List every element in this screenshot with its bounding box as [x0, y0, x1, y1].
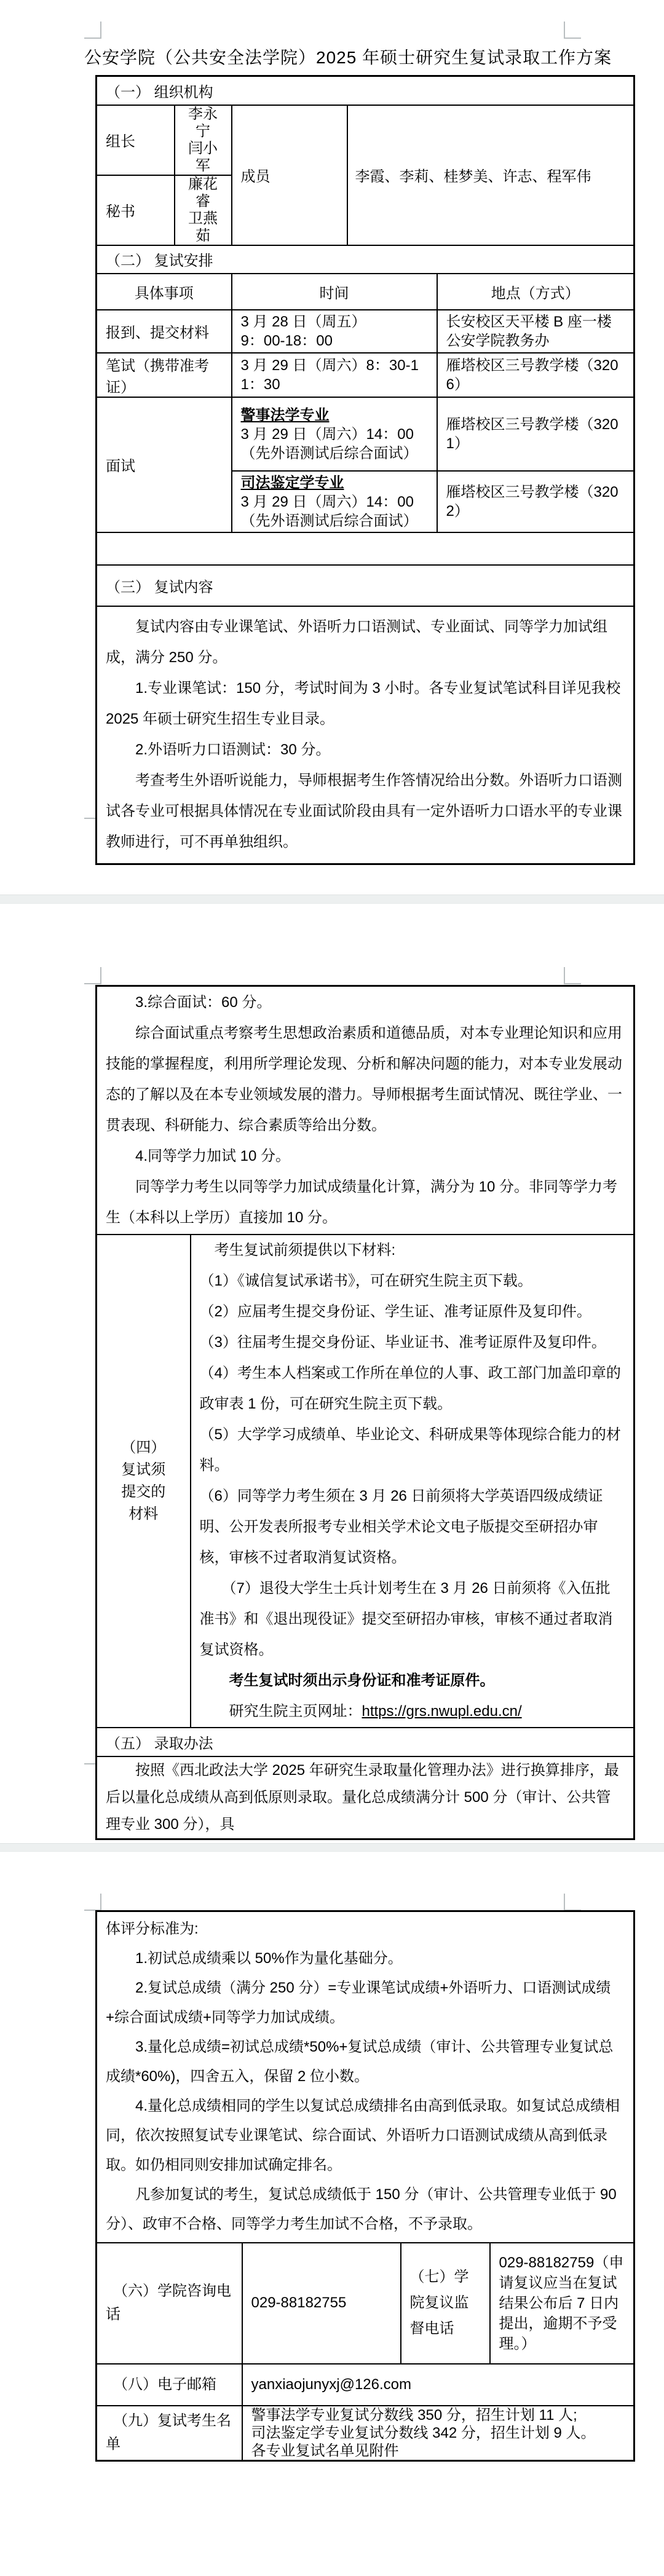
appeal-phone-note-cell: 029-88182759（申请复议应当在复试结果公布后 7 日内提出，逾期不予受…: [490, 2243, 634, 2364]
admission-paragraph-1b: 体评分标准为:: [106, 1914, 625, 1944]
forensic-major-title: 司法鉴定学专业: [241, 472, 428, 492]
admission-paragraph-2: 1.初试总成绩乘以 50%作为量化基础分。: [106, 1944, 625, 1973]
schedule-col-time: 时间: [232, 274, 437, 310]
secretary-name-1: 廉花睿: [184, 176, 223, 210]
written-item-cell: 笔试（携带准考证）: [97, 353, 232, 397]
candidates-content-cell: 警事法学专业复试分数线 350 分，招生计划 11 人; 司法鉴定学专业复试分数…: [242, 2406, 634, 2461]
website-label: 研究生院主页网址：: [229, 1703, 362, 1720]
section-header-schedule: （二） 复试安排: [97, 245, 634, 274]
secretary-names-cell: 廉花睿 卫燕茹: [175, 175, 232, 245]
materials-item-5: （5）大学学习成绩单、毕业论文、科研成果等体现综合能力的材料。: [200, 1420, 625, 1481]
admission-paragraph-3: 2.复试总成绩（满分 250 分）=专业课笔试成绩+外语听力、口语测试成绩+综合…: [106, 1973, 625, 2033]
graduate-school-link[interactable]: https://grs.nwupl.edu.cn/: [362, 1703, 522, 1720]
document-canvas: 公安学院（公共安全法学院）2025 年硕士研究生复试录取工作方案 （一） 组织机…: [0, 0, 664, 2576]
page2-top-right-corner-mark: [564, 967, 581, 984]
materials-item-7: （7）退役大学生士兵计划考生在 3 月 26 日前须将《入伍批准书》和《退出现役…: [200, 1573, 625, 1665]
checkin-time-line2: 9：00-18：00: [241, 331, 428, 350]
materials-item-6: （6）同等学力考生须在 3 月 26 日前须将大学英语四级成绩证明、公开发表所报…: [200, 1481, 625, 1573]
materials-intro: 考生复试前须提供以下材料:: [200, 1235, 625, 1266]
review-paragraph-5: 3.综合面试：60 分。: [106, 987, 625, 1018]
materials-item-2: （2）应届考生提交身份证、学生证、准考证原件及复印件。: [200, 1297, 625, 1327]
materials-label-line1: （四）: [106, 1437, 181, 1459]
materials-label-line4: 材料: [106, 1503, 181, 1525]
police-major-title: 警事法学专业: [241, 405, 428, 425]
review-paragraph-8: 同等学力考生以同等学力加试成绩量化计算，满分为 10 分。非同等学力考生（本科以…: [106, 1172, 625, 1233]
materials-item-1: （1）《诚信复试承诺书》，可在研究生院主页下载。: [200, 1266, 625, 1297]
interview-label-cell: 面试: [97, 397, 232, 532]
leader-label-cell: 组长: [97, 105, 175, 175]
review-paragraph-6: 综合面试重点考察考生思想政治素质和道德品质，对本专业理论知识和应用技能的掌握程度…: [106, 1018, 625, 1141]
review-content-cell-page2: 3.综合面试：60 分。 综合面试重点考察考生思想政治素质和道德品质，对本专业理…: [97, 986, 634, 1235]
materials-label-line3: 提交的: [106, 1481, 181, 1503]
email-value-cell: yanxiaojunyxj@126.com: [242, 2364, 634, 2406]
review-paragraph-3: 2.外语听力口语测试：30 分。: [106, 735, 625, 765]
materials-section-label: （四） 复试须 提交的 材料: [97, 1235, 191, 1728]
members-names-cell: 李霞、李莉、桂梦美、许志、程军伟: [347, 105, 634, 245]
checkin-time-cell: 3 月 28 日（周五） 9：00-18：00: [232, 310, 437, 353]
interview-police-time-cell: 警事法学专业 3 月 29 日（周六）14：00（先外语测试后综合面试）: [232, 397, 437, 471]
review-content-cell-page1: 复试内容由专业课笔试、外语听力口语测试、专业面试、同等学力加试组成，满分 250…: [97, 606, 634, 864]
consult-phone-value-cell: 029-88182755: [242, 2243, 401, 2364]
interview-police-place-cell: 雁塔校区三号教学楼（3201）: [437, 397, 634, 471]
materials-item-4: （4）考生本人档案或工作所在单位的人事、政工部门加盖印章的政审表 1 份，可在研…: [200, 1358, 625, 1420]
forensic-time: 3 月 29 日（周六）14：00（先外语测试后综合面试）: [241, 492, 428, 531]
section-header-organization: （一） 组织机构: [97, 76, 634, 105]
email-label-cell: （八）电子邮箱: [97, 2364, 242, 2406]
candidates-line-3: 各专业复试名单见附件: [251, 2442, 625, 2460]
schedule-empty-row: [97, 532, 634, 565]
page-separator-2: [0, 1843, 664, 1852]
schedule-col-item: 具体事项: [97, 274, 232, 310]
page2-table: 3.综合面试：60 分。 综合面试重点考察考生思想政治素质和道德品质，对本专业理…: [95, 985, 635, 1840]
review-paragraph-4: 考查考生外语听说能力，导师根据考生作答情况给出分数。外语听力口语测试各专业可根据…: [106, 765, 625, 858]
section-header-admission: （五） 录取办法: [97, 1728, 634, 1756]
review-paragraph-1: 复试内容由专业课笔试、外语听力口语测试、专业面试、同等学力加试组成，满分 250…: [106, 612, 625, 673]
written-time-cell: 3 月 29 日（周六）8：30-11：30: [232, 353, 437, 397]
leader-names-cell: 李永宁 闫小军: [175, 105, 232, 175]
admission-paragraph-6: 凡参加复试的考生，复试总成绩低于 150 分（审计、公共管理专业低于 90 分）…: [106, 2180, 625, 2239]
review-paragraph-2: 1.专业课笔试：150 分，考试时间为 3 小时。各专业复试笔试科目详见我校 2…: [106, 673, 625, 735]
secretary-name-2: 卫燕茹: [184, 210, 223, 245]
schedule-col-place: 地点（方式）: [437, 274, 634, 310]
written-place-cell: 雁塔校区三号教学楼（3206）: [437, 353, 634, 397]
checkin-item-cell: 报到、提交材料: [97, 310, 232, 353]
admission-content-cell-page2: 按照《西北政法大学 2025 年研究生录取量化管理办法》进行换算排序，最后以量化…: [97, 1756, 634, 1839]
page2-top-left-corner-mark: [84, 967, 101, 984]
appeal-phone-label-cell: （七）学院复议监督电话: [401, 2243, 490, 2364]
candidates-line-1: 警事法学专业复试分数线 350 分，招生计划 11 人;: [251, 2406, 625, 2424]
page3-table: 体评分标准为: 1.初试总成绩乘以 50%作为量化基础分。 2.复试总成绩（满分…: [95, 1910, 635, 2462]
checkin-place-cell: 长安校区天平楼 B 座一楼公安学院教务办: [437, 310, 634, 353]
review-paragraph-7: 4.同等学力加试 10 分。: [106, 1141, 625, 1172]
page1-table: （一） 组织机构 组长 李永宁 闫小军 成员 李霞、李莉、桂梦美、许志、程军伟 …: [95, 75, 635, 865]
materials-label-line2: 复试须: [106, 1459, 181, 1481]
page-separator-1: [0, 895, 664, 904]
document-title: 公安学院（公共安全法学院）2025 年硕士研究生复试录取工作方案: [84, 44, 572, 69]
page1-top-right-corner-mark: [564, 22, 581, 39]
section-header-review-content: （三） 复试内容: [97, 565, 634, 606]
page3-top-right-corner-mark: [564, 1894, 581, 1911]
admission-paragraph-5: 4.量化总成绩相同的学生以复试总成绩排名由高到低录取。如复试总成绩相同，依次按照…: [106, 2092, 625, 2180]
admission-content-cell-page3: 体评分标准为: 1.初试总成绩乘以 50%作为量化基础分。 2.复试总成绩（满分…: [97, 1911, 634, 2243]
leader-name-1: 李永宁: [184, 106, 223, 140]
interview-forensic-place-cell: 雁塔校区三号教学楼（3202）: [437, 471, 634, 532]
members-label-cell: 成员: [232, 105, 347, 245]
candidates-line-2: 司法鉴定学专业复试分数线 342 分，招生计划 9 人。: [251, 2424, 625, 2442]
materials-website-line: 研究生院主页网址：https://grs.nwupl.edu.cn/: [200, 1696, 625, 1727]
candidates-label-cell: （九）复试考生名单: [97, 2406, 242, 2461]
admission-paragraph-4: 3.量化总成绩=初试总成绩*50%+复试总成绩（审计、公共管理专业复试总成绩*6…: [106, 2033, 625, 2092]
materials-item-3: （3）往届考生提交身份证、毕业证书、准考证原件及复印件。: [200, 1327, 625, 1358]
secretary-label-cell: 秘书: [97, 175, 175, 245]
checkin-time-line1: 3 月 28 日（周五）: [241, 312, 428, 331]
materials-notice: 考生复试时须出示身份证和准考证原件。: [200, 1665, 625, 1696]
police-time: 3 月 29 日（周六）14：00（先外语测试后综合面试）: [241, 425, 428, 463]
admission-paragraph-1a: 按照《西北政法大学 2025 年研究生录取量化管理办法》进行换算排序，最后以量化…: [106, 1757, 625, 1838]
materials-content-cell: 考生复试前须提供以下材料: （1）《诚信复试承诺书》，可在研究生院主页下载。 （…: [191, 1235, 634, 1728]
interview-forensic-time-cell: 司法鉴定学专业 3 月 29 日（周六）14：00（先外语测试后综合面试）: [232, 471, 437, 532]
page3-top-left-corner-mark: [84, 1894, 101, 1911]
leader-name-2: 闫小军: [184, 140, 223, 175]
page1-top-left-corner-mark: [84, 22, 101, 39]
consult-phone-label-cell: （六）学院咨询电话: [97, 2243, 242, 2364]
